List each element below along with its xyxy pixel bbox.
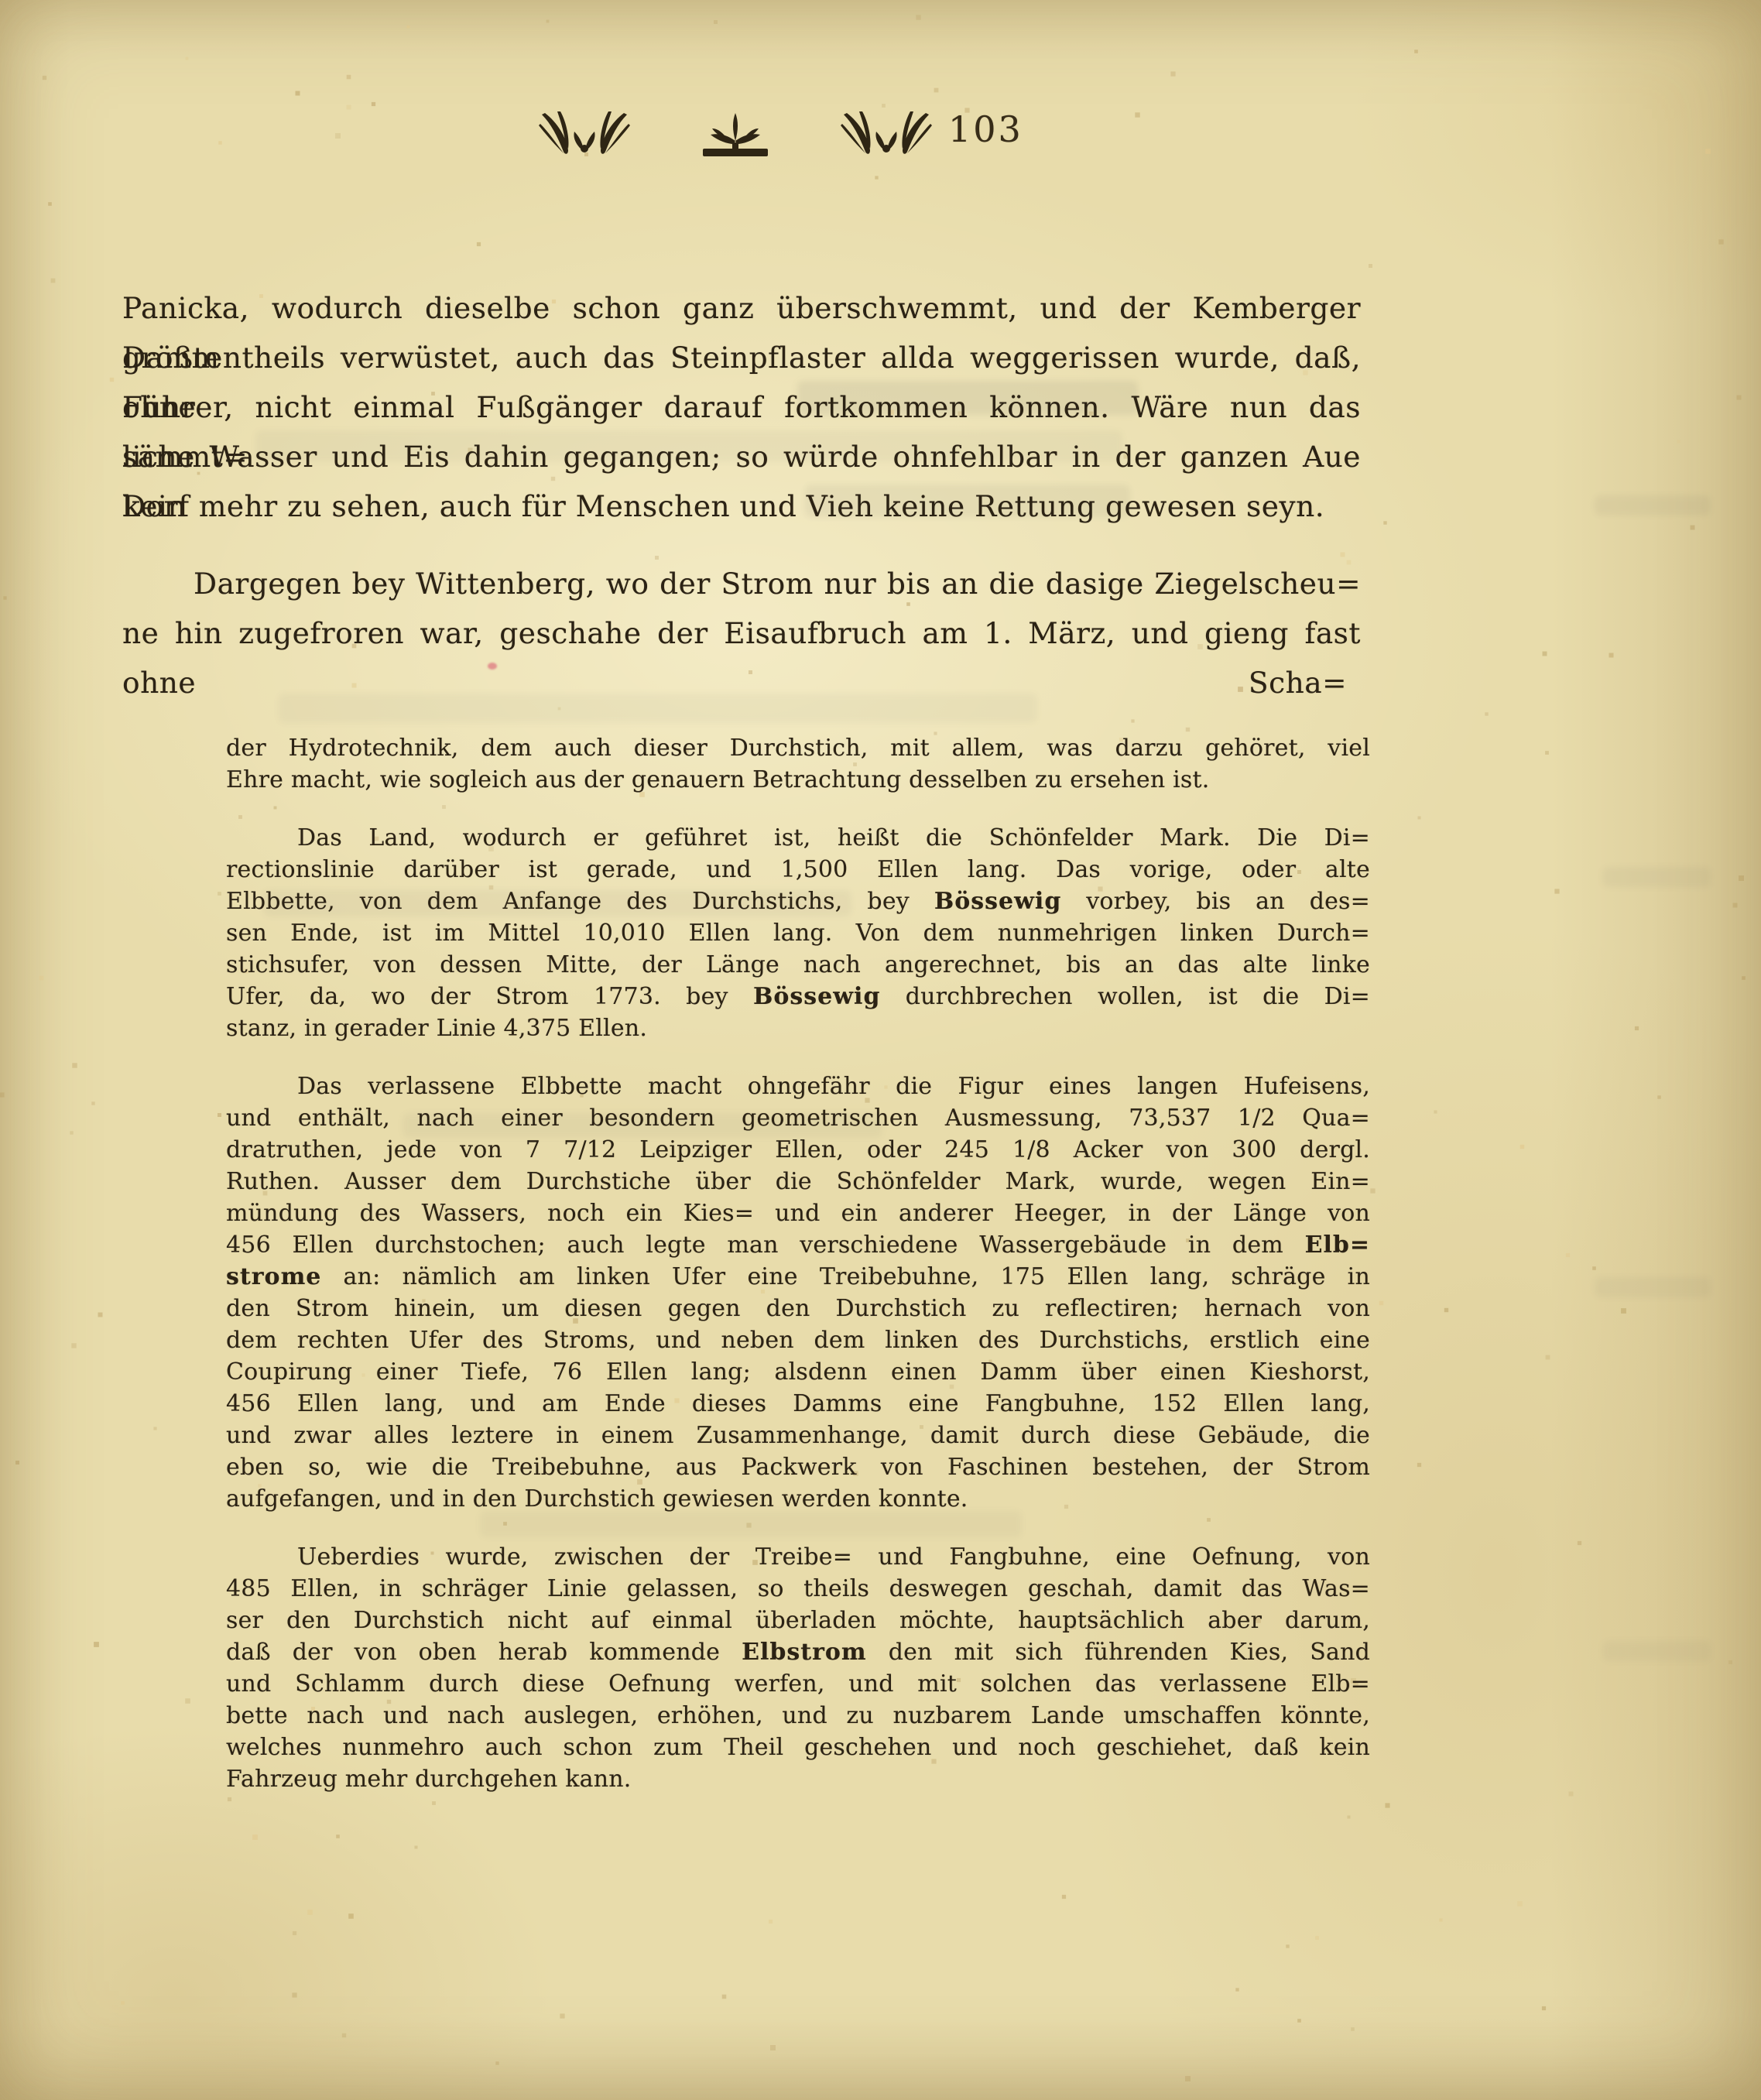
page-number: 103: [948, 108, 1041, 150]
paragraph: Dargegen bey Wittenberg, wo der Strom nu…: [122, 559, 1361, 658]
header-ornaments: [534, 107, 937, 163]
text-line: Fahrzeug mehr durchgehen kann.: [226, 1763, 1370, 1795]
main-text-block: Panicka, wodurch dieselbe schon ganz übe…: [122, 283, 1361, 707]
catchword: Scha=: [122, 658, 1361, 707]
text-line: bette nach und nach auslegen, erhöhen, u…: [226, 1700, 1370, 1732]
text-line: sen Ende, ist im Mittel 10,010 Ellen lan…: [226, 917, 1370, 949]
margin-bleedthrough: [1602, 1641, 1711, 1661]
margin-bleedthrough: [1602, 867, 1711, 887]
text-line: dem rechten Ufer des Stroms, und neben d…: [226, 1324, 1370, 1356]
text-line: Ruthen. Ausser dem Durchstiche über die …: [226, 1166, 1370, 1197]
text-line: ser den Durchstich nicht auf einmal über…: [226, 1605, 1370, 1636]
text-line: Panicka, wodurch dieselbe schon ganz übe…: [122, 283, 1361, 333]
paragraph: Das Land, wodurch er geführet ist, heißt…: [226, 822, 1370, 1044]
text-line: welches nunmehro auch schon zum Theil ge…: [226, 1732, 1370, 1763]
emphasized-text: strome: [226, 1263, 321, 1290]
emphasized-text: Bössewig: [753, 983, 880, 1010]
paper-fiber-specks: [0, 0, 2, 2]
text-line: der Hydrotechnik, dem auch dieser Durchs…: [226, 732, 1370, 764]
text-line: und Schlamm durch diese Oefnung werfen, …: [226, 1668, 1370, 1700]
text-line: ne hin zugefroren war, geschahe der Eisa…: [122, 608, 1361, 658]
paragraph: Das verlassene Elbbette macht ohngefähr …: [226, 1071, 1370, 1515]
margin-bleedthrough: [1595, 495, 1711, 516]
text-line: daß der von oben herab kommende Elbstrom…: [226, 1636, 1370, 1668]
text-line: und enthält, nach einer besondern geomet…: [226, 1102, 1370, 1134]
fleuron-crown-icon: [689, 110, 782, 159]
fleuron-pair-icon: [836, 110, 937, 159]
text-line: 485 Ellen, in schräger Linie gelassen, s…: [226, 1573, 1370, 1605]
text-line: Coupirung einer Tiefe, 76 Ellen lang; al…: [226, 1356, 1370, 1388]
text-line: stanz, in gerader Linie 4,375 Ellen.: [226, 1012, 1370, 1044]
text-line: größtentheils verwüstet, auch das Steinp…: [122, 333, 1361, 382]
emphasized-text: Bössewig: [934, 888, 1061, 915]
text-line: rectionslinie darüber ist gerade, und 1,…: [226, 854, 1370, 886]
text-line: und zwar alles leztere in einem Zusammen…: [226, 1420, 1370, 1451]
text-line: Ufer, da, wo der Strom 1773. bey Bössewi…: [226, 981, 1370, 1012]
page-header: 103: [0, 107, 1761, 169]
text-line: Führer, nicht einmal Fußgänger darauf fo…: [122, 382, 1361, 432]
text-line: Dargegen bey Wittenberg, wo der Strom nu…: [122, 559, 1361, 608]
text-line: Ueberdies wurde, zwischen der Treibe= un…: [226, 1541, 1370, 1573]
text-line: eben so, wie die Treibebuhne, aus Packwe…: [226, 1451, 1370, 1483]
text-line: 456 Ellen durchstochen; auch legte man v…: [226, 1229, 1370, 1261]
text-line: den Strom hinein, um diesen gegen den Du…: [226, 1293, 1370, 1324]
text-line: liche Wasser und Eis dahin gegangen; so …: [122, 432, 1361, 481]
text-line: Das Land, wodurch er geführet ist, heißt…: [226, 822, 1370, 854]
text-line: dratruthen, jede von 7 7/12 Leipziger El…: [226, 1134, 1370, 1166]
text-line: aufgefangen, und in den Durchstich gewie…: [226, 1483, 1370, 1515]
text-line: Dorf mehr zu sehen, auch für Menschen un…: [122, 481, 1361, 531]
paragraph: der Hydrotechnik, dem auch dieser Durchs…: [226, 732, 1370, 796]
text-line: 456 Ellen lang, und am Ende dieses Damms…: [226, 1388, 1370, 1420]
text-line: Das verlassene Elbbette macht ohngefähr …: [226, 1071, 1370, 1102]
text-line: mündung des Wassers, noch ein Kies= und …: [226, 1197, 1370, 1229]
text-line: Elbbette, von dem Anfange des Durchstich…: [226, 886, 1370, 917]
paragraph: Ueberdies wurde, zwischen der Treibe= un…: [226, 1541, 1370, 1795]
text-line: Ehre macht, wie sogleich aus der genauer…: [226, 764, 1370, 796]
book-page-scan: { "header": { "ornament_icons": ["fleuro…: [0, 0, 1761, 2100]
fleuron-pair-icon: [534, 110, 635, 159]
emphasized-text: Elb=: [1305, 1232, 1370, 1259]
emphasized-text: Elbstrom: [742, 1639, 867, 1666]
text-line: strome an: nämlich am linken Ufer eine T…: [226, 1261, 1370, 1293]
paragraph: Panicka, wodurch dieselbe schon ganz übe…: [122, 283, 1361, 531]
margin-bleedthrough: [1595, 1277, 1711, 1297]
text-line: stichsufer, von dessen Mitte, der Länge …: [226, 949, 1370, 981]
footnote-text-block: der Hydrotechnik, dem auch dieser Durchs…: [226, 732, 1370, 1795]
